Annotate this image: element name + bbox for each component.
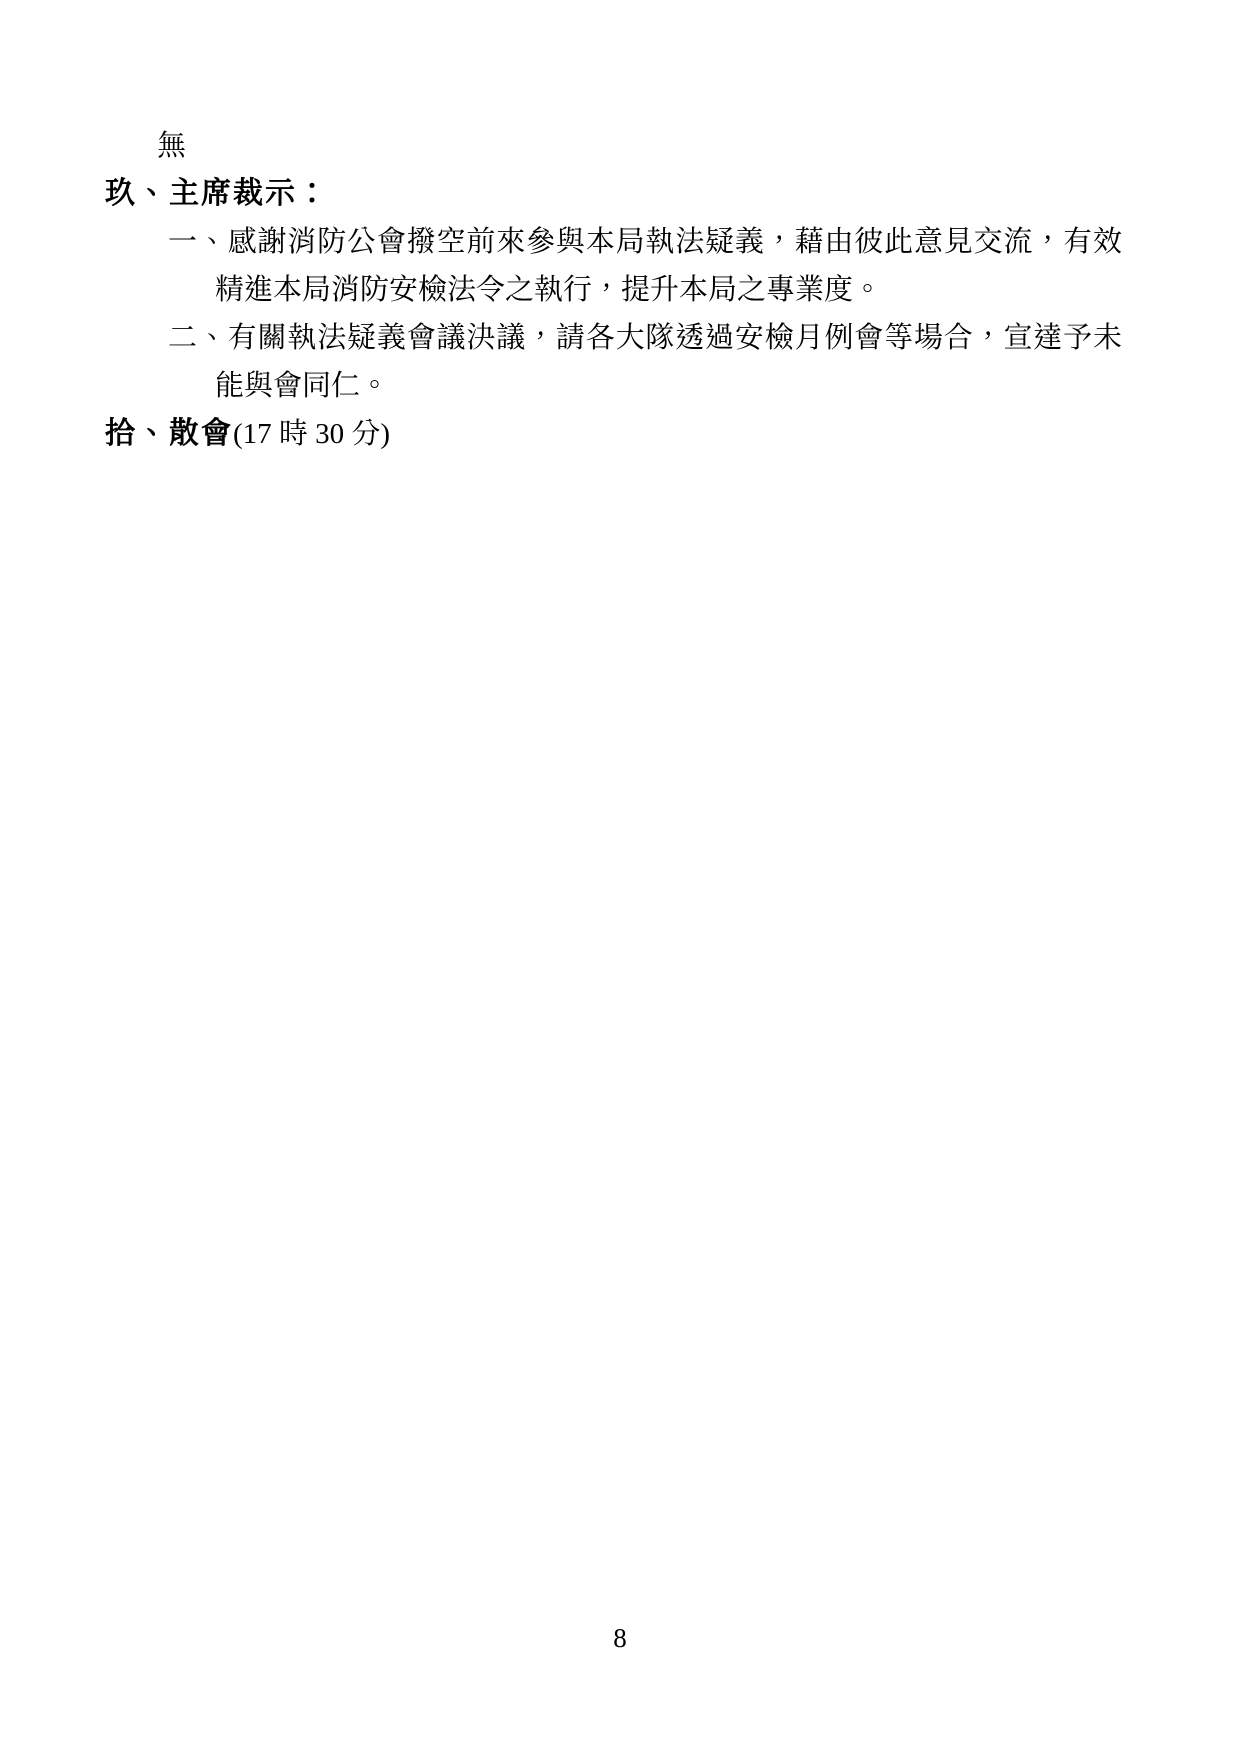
section-ten-heading-time: (17 時 30 分) <box>233 418 390 450</box>
section-nine-heading: 玖、主席裁示： <box>105 170 1122 218</box>
section-ten-heading: 拾、散會(17 時 30 分) <box>105 410 1122 458</box>
list-item-one-text: 感謝消防公會撥空前來參與本局執法疑義，藉由彼此意見交流，有效精進本局消防安檢法令… <box>215 226 1122 306</box>
blank-answer-text: 無 <box>157 122 1122 170</box>
document-content: 無 玖、主席裁示： 一、感謝消防公會撥空前來參與本局執法疑義，藉由彼此意見交流，… <box>105 122 1122 458</box>
document-page: 無 玖、主席裁示： 一、感謝消防公會撥空前來參與本局執法疑義，藉由彼此意見交流，… <box>0 0 1240 1754</box>
list-item-one: 一、感謝消防公會撥空前來參與本局執法疑義，藉由彼此意見交流，有效精進本局消防安檢… <box>168 218 1122 314</box>
list-item-two-label: 二、 <box>168 322 228 354</box>
list-item-two: 二、有關執法疑義會議決議，請各大隊透過安檢月例會等場合，宣達予未能與會同仁。 <box>168 314 1122 410</box>
list-item-two-text: 有關執法疑義會議決議，請各大隊透過安檢月例會等場合，宣達予未能與會同仁。 <box>215 322 1122 402</box>
page-number: 8 <box>0 1614 1240 1662</box>
list-item-one-label: 一、 <box>168 226 228 258</box>
section-ten-heading-bold: 拾、散會 <box>105 417 233 450</box>
